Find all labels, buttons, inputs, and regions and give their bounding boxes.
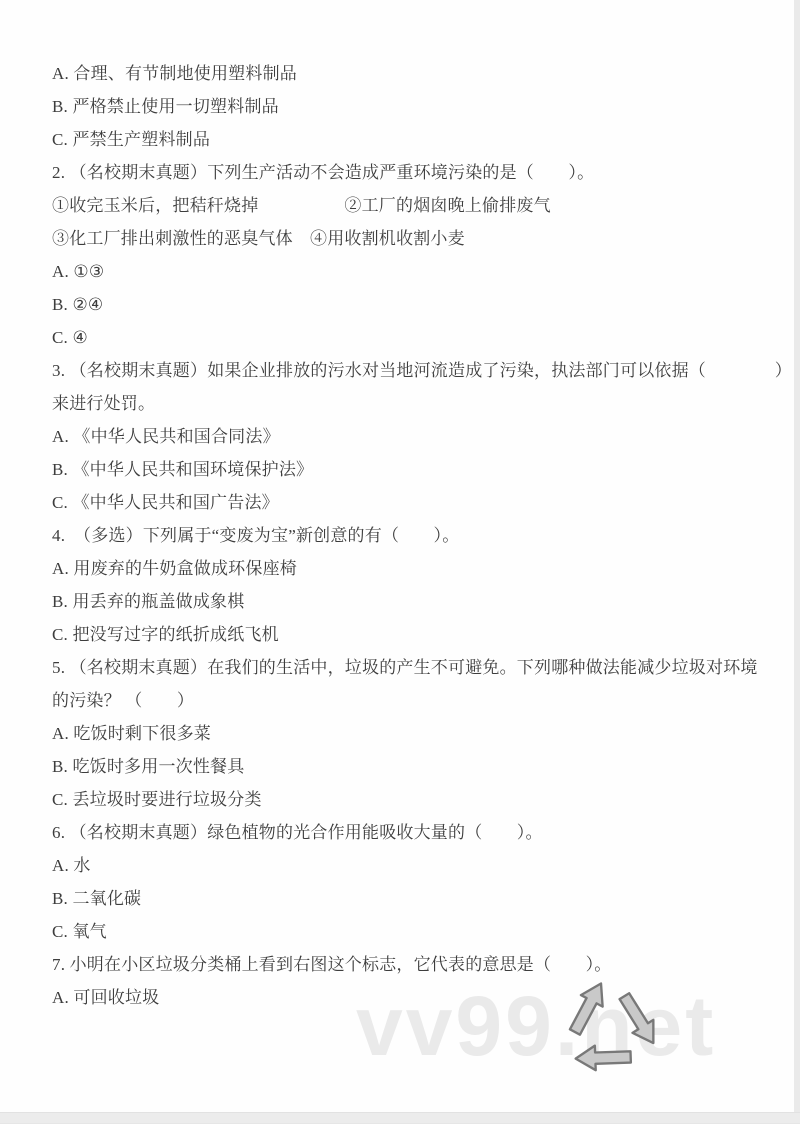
text-line: C. 《中华人民共和国广告法》 [52,486,756,519]
text-line: C. 严禁生产塑料制品 [52,123,756,156]
text-line: B. 《中华人民共和国环境保护法》 [52,453,756,486]
text-line: ①收完玉米后，把秸秆烧掉 ②工厂的烟囱晚上偷排废气 [52,189,756,222]
next-page-top [0,1124,800,1137]
text-line: 来进行处罚。 [52,387,756,420]
text-line: A. 《中华人民共和国合同法》 [52,420,756,453]
text-line: B. 吃饭时多用一次性餐具 [52,750,756,783]
page-right-edge [794,0,800,1112]
text-line: 5. （名校期末真题）在我们的生活中，垃圾的产生不可避免。下列哪种做法能减少垃圾… [52,651,756,684]
text-line: B. 二氧化碳 [52,882,756,915]
text-line: B. ②④ [52,288,756,321]
page-separator [0,1112,800,1124]
text-line: C. 把没写过字的纸折成纸飞机 [52,618,756,651]
text-line: ③化工厂排出刺激性的恶臭气体 ④用收割机收割小麦 [52,222,756,255]
text-line: A. 合理、有节制地使用塑料制品 [52,57,756,90]
text-line: 3. （名校期末真题）如果企业排放的污水对当地河流造成了污染，执法部门可以依据（… [52,354,756,387]
question-list: A. 合理、有节制地使用塑料制品B. 严格禁止使用一切塑料制品C. 严禁生产塑料… [52,57,756,1014]
text-line: C. ④ [52,321,756,354]
text-line: 的污染？ （ ） [52,684,756,717]
text-line: C. 氧气 [52,915,756,948]
recycle-icon [551,967,669,1074]
text-line: A. 水 [52,849,756,882]
text-line: B. 严格禁止使用一切塑料制品 [52,90,756,123]
document-page: vv99.net A. 合理、有节制地使用塑料制品B. 严格禁止使用一切塑料制品… [0,0,800,1112]
text-line: A. ①③ [52,255,756,288]
text-line: 6. （名校期末真题）绿色植物的光合作用能吸收大量的（ ）。 [52,816,756,849]
text-line: 4. （多选）下列属于“变废为宝”新创意的有（ ）。 [52,519,756,552]
text-line: A. 用废弃的牛奶盒做成环保座椅 [52,552,756,585]
text-line: A. 吃饭时剩下很多菜 [52,717,756,750]
text-line: B. 用丢弃的瓶盖做成象棋 [52,585,756,618]
text-line: C. 丢垃圾时要进行垃圾分类 [52,783,756,816]
text-line: 2. （名校期末真题）下列生产活动不会造成严重环境污染的是（ ）。 [52,156,756,189]
